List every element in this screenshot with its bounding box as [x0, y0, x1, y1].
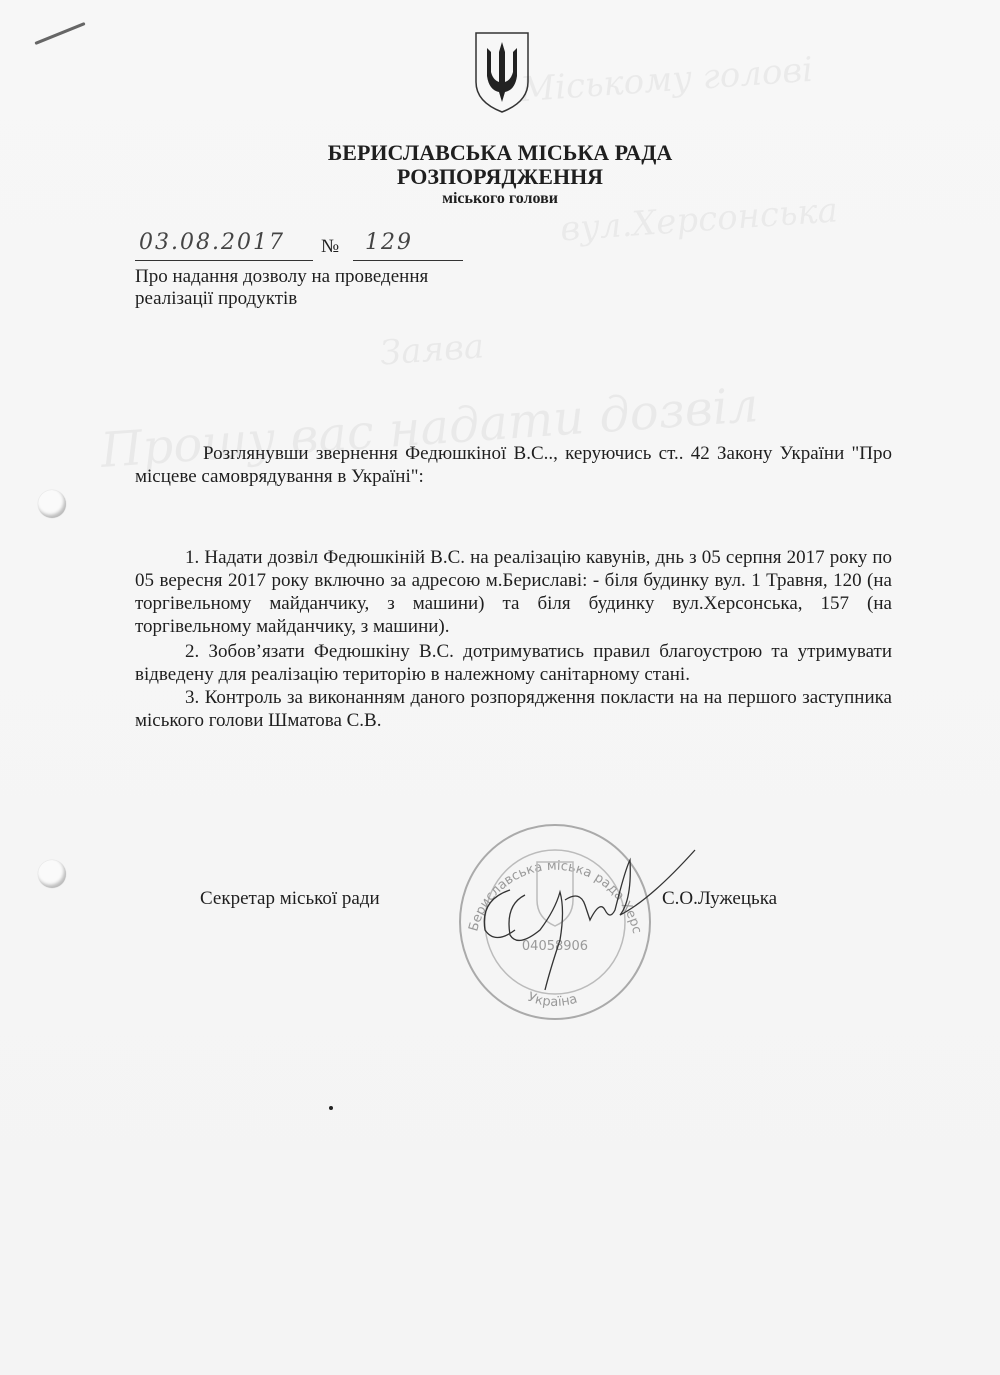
issuer: міського голови [0, 190, 1000, 208]
bleed-through-text: Заява [379, 326, 486, 373]
council-name: БЕРИСЛАВСЬКА МІСЬКА РАДА [0, 140, 1000, 166]
number-sign: № [321, 236, 339, 258]
ink-dot [329, 1106, 333, 1110]
item-paragraph: 3. Контроль за виконанням даного розпоря… [135, 686, 892, 732]
item-paragraph: 2. Зобов’язати Федюшкіну В.С. дотримуват… [135, 640, 892, 686]
document-type: РОЗПОРЯДЖЕННЯ [0, 164, 1000, 190]
item-paragraph: 1. Надати дозвіл Федюшкіній В.С. на реал… [135, 546, 892, 638]
document-number: 129 [365, 230, 413, 255]
signatory-name: С.О.Лужецька [662, 888, 777, 910]
pen-mark [34, 22, 85, 45]
date-underline [135, 260, 313, 261]
handwritten-signature-icon [470, 830, 700, 1000]
subject-line: Про надання дозволу на проведення [135, 266, 428, 288]
subject-line: реалізації продуктів [135, 288, 428, 310]
subject: Про надання дозволу на проведення реаліз… [135, 266, 428, 310]
signatory-title: Секретар міської ради [200, 888, 380, 910]
bleed-through-text: Міському голові [519, 50, 814, 110]
intro-paragraph: Розглянувши звернення Федюшкіної В.С.., … [135, 442, 892, 488]
punch-hole [38, 490, 66, 518]
number-underline [353, 260, 463, 261]
document-page: Міському голові вул.Херсонська Заява Про… [0, 0, 1000, 1375]
coat-of-arms-icon [473, 30, 531, 114]
punch-hole [38, 860, 66, 888]
document-date: 03.08.2017 [139, 230, 285, 255]
